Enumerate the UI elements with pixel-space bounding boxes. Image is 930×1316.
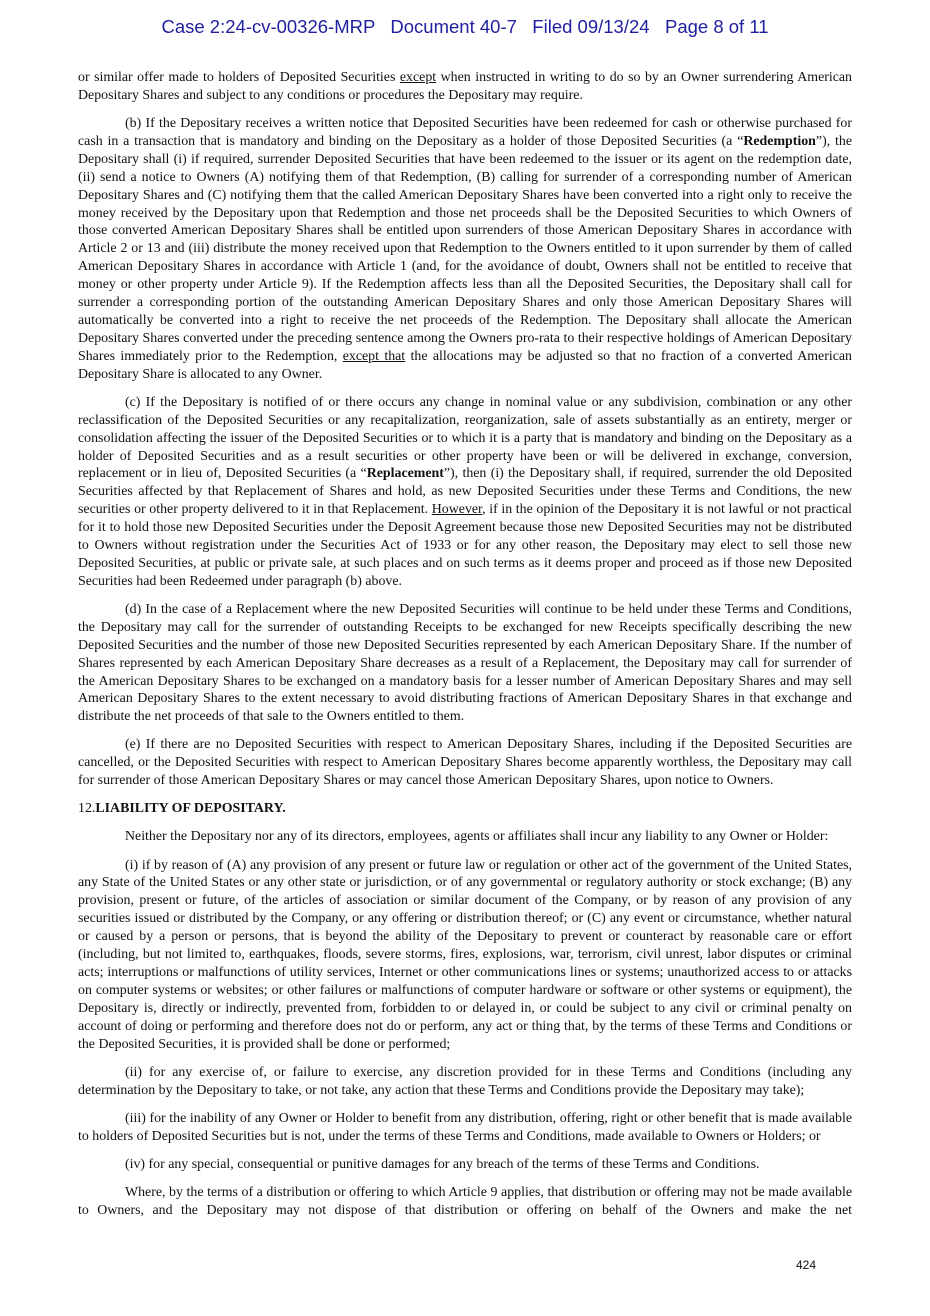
paragraph-liability-i: (i) if by reason of (A) any provision of… <box>78 857 852 1054</box>
paragraph-where: Where, by the terms of a distribution or… <box>78 1184 852 1220</box>
underlined-except: except <box>400 70 436 85</box>
paragraph-e: (e) If there are no Deposited Securities… <box>78 736 852 790</box>
defined-term-redemption: Redemption <box>743 134 816 149</box>
underlined-except-that: except that <box>343 349 405 364</box>
paragraph-liability-iv: (iv) for any special, consequential or p… <box>78 1156 852 1174</box>
text-run: or similar offer made to holders of Depo… <box>78 70 400 85</box>
paragraph-continuation: or similar offer made to holders of Depo… <box>78 69 852 105</box>
court-filing-stamp: Case 2:24-cv-00326-MRP Document 40-7 Fil… <box>0 16 930 38</box>
paragraph-liability-ii: (ii) for any exercise of, or failure to … <box>78 1064 852 1100</box>
underlined-however: However <box>432 502 482 517</box>
paragraph-b-redemption: (b) If the Depositary receives a written… <box>78 115 852 384</box>
paragraph-d: (d) In the case of a Replacement where t… <box>78 601 852 726</box>
text-run: ”), the Depositary shall (i) if required… <box>78 134 852 364</box>
defined-term-replacement: Replacement <box>367 466 444 481</box>
paragraph-liability-iii: (iii) for the inability of any Owner or … <box>78 1110 852 1146</box>
page-number: 424 <box>796 1258 816 1272</box>
section-heading-12: 12.LIABILITY OF DEPOSITARY. <box>78 800 852 818</box>
section-number: 12. <box>78 801 95 816</box>
text-run: (b) If the Depositary receives a written… <box>78 116 852 149</box>
document-body: or similar offer made to holders of Depo… <box>78 69 852 1230</box>
paragraph-c-replacement: (c) If the Depositary is notified of or … <box>78 394 852 591</box>
section-title: LIABILITY OF DEPOSITARY. <box>95 801 285 816</box>
paragraph-liability-intro: Neither the Depositary nor any of its di… <box>78 828 852 846</box>
